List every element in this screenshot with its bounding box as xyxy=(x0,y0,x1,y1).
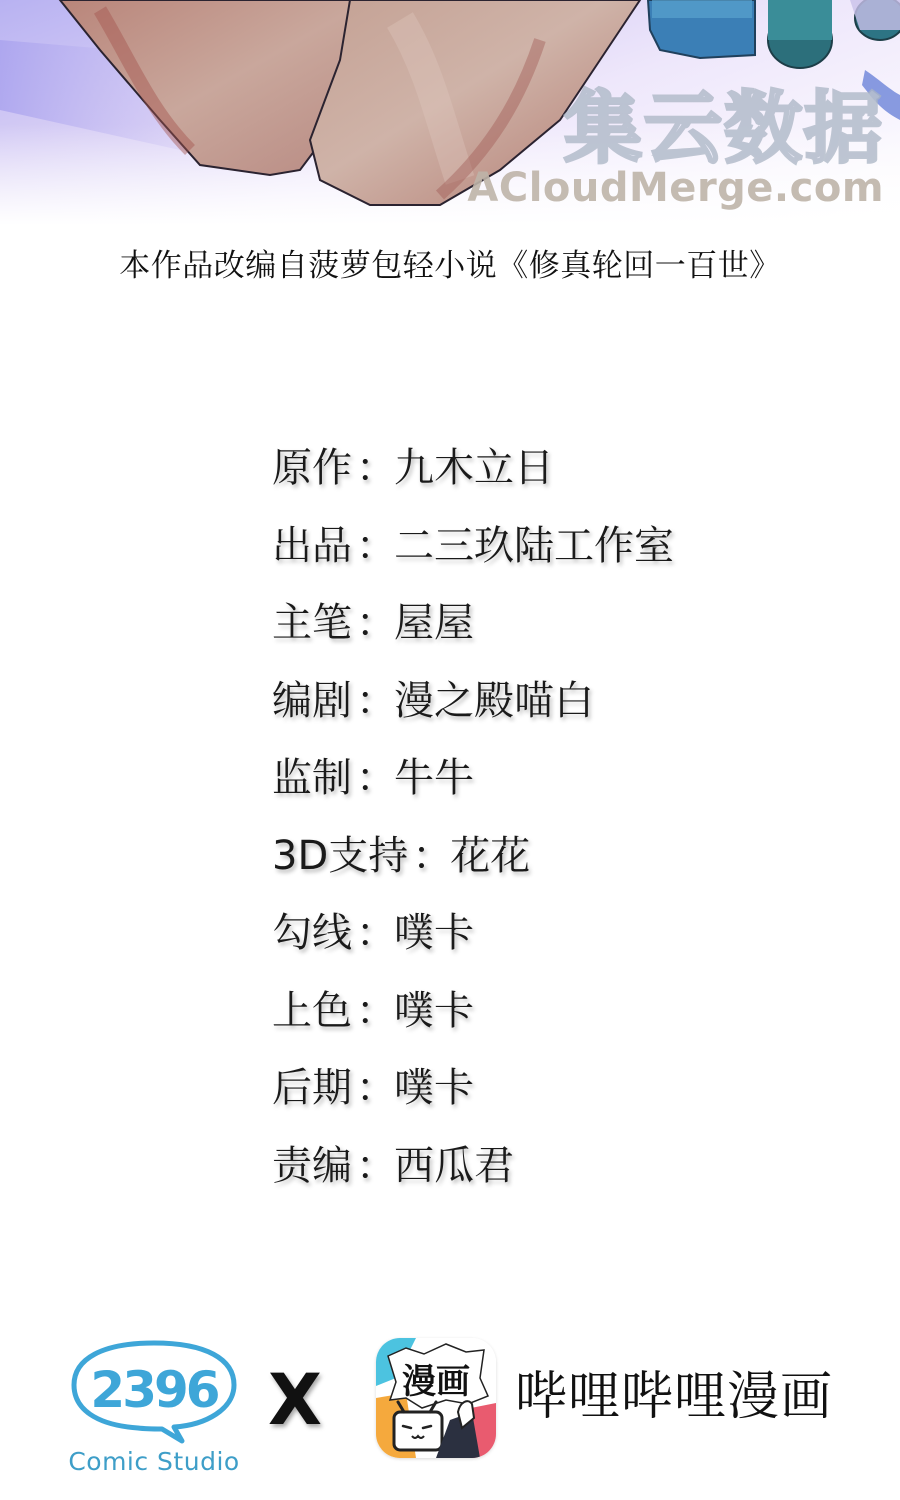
credit-row-editor: 责编：西瓜君 xyxy=(272,1138,674,1216)
bilibili-comics-app-icon: 漫画 xyxy=(376,1338,496,1458)
bilibili-comics-app-name: 哔哩哔哩漫画 xyxy=(515,1367,833,1427)
credit-row-producer: 出品：二三玖陆工作室 xyxy=(272,518,674,596)
credit-name: 牛牛 xyxy=(394,750,474,806)
watermark: 集云数据 ACloudMerge.com xyxy=(467,84,884,210)
credit-separator: ： xyxy=(352,673,392,729)
comic-illustration: 集云数据 ACloudMerge.com xyxy=(0,0,900,225)
credit-separator: ： xyxy=(352,518,392,574)
studio-label: Comic Studio xyxy=(66,1447,242,1476)
credit-role: 编剧 xyxy=(272,673,352,729)
bilibili-comics-logo-icon: 漫画 xyxy=(376,1338,496,1458)
studio-logo-2396: 2396 Comic Studio xyxy=(66,1337,242,1487)
credit-name: 二三玖陆工作室 xyxy=(394,518,674,574)
credit-separator: ： xyxy=(352,905,392,961)
credit-row-supervisor: 监制：牛牛 xyxy=(272,750,674,828)
watermark-cn: 集云数据 xyxy=(467,84,884,174)
credit-row-screenwriter: 编剧：漫之殿喵白 xyxy=(272,673,674,751)
collaboration-cross: X xyxy=(268,1365,322,1435)
credit-role: 勾线 xyxy=(272,905,352,961)
credit-role: 主笔 xyxy=(272,595,352,651)
credit-separator: ： xyxy=(408,828,448,884)
credit-role: 原作 xyxy=(272,440,352,496)
credit-separator: ： xyxy=(352,1060,392,1116)
credit-name: 屋屋 xyxy=(394,595,474,651)
credit-role: 责编 xyxy=(272,1138,352,1194)
credit-row-post-production: 后期：噗卡 xyxy=(272,1060,674,1138)
credit-separator: ： xyxy=(352,983,392,1039)
speech-bubble-logo-icon: 2396 xyxy=(66,1337,242,1449)
credit-row-3d-support: 3D支持：花花 xyxy=(272,828,674,906)
credit-row-original-author: 原作：九木立日 xyxy=(272,440,674,518)
app-icon-text: 漫画 xyxy=(402,1362,470,1402)
credit-role: 后期 xyxy=(272,1060,352,1116)
credit-name: 噗卡 xyxy=(394,1060,474,1116)
credit-separator: ： xyxy=(352,595,392,651)
credit-name: 花花 xyxy=(450,828,530,884)
adaptation-notice: 本作品改编自菠萝包轻小说《修真轮回一百世》 xyxy=(0,240,900,285)
credit-name: 噗卡 xyxy=(394,905,474,961)
credit-row-lead-artist: 主笔：屋屋 xyxy=(272,595,674,673)
credit-separator: ： xyxy=(352,1138,392,1194)
studio-logo-number: 2396 xyxy=(90,1361,218,1419)
credit-separator: ： xyxy=(352,750,392,806)
credit-separator: ： xyxy=(352,440,392,496)
credit-row-coloring: 上色：噗卡 xyxy=(272,983,674,1061)
credit-role: 上色 xyxy=(272,983,352,1039)
credit-name: 西瓜君 xyxy=(394,1138,514,1194)
credit-name: 噗卡 xyxy=(394,983,474,1039)
credit-row-line-art: 勾线：噗卡 xyxy=(272,905,674,983)
credit-role: 监制 xyxy=(272,750,352,806)
credit-role: 出品 xyxy=(272,518,352,574)
credit-role: 3D支持 xyxy=(272,828,408,884)
credits-list: 原作：九木立日 出品：二三玖陆工作室 主笔：屋屋 编剧：漫之殿喵白 监制：牛牛 … xyxy=(272,440,674,1215)
credit-name: 漫之殿喵白 xyxy=(394,673,594,729)
watermark-en: ACloudMerge.com xyxy=(467,166,884,210)
credit-name: 九木立日 xyxy=(394,440,554,496)
